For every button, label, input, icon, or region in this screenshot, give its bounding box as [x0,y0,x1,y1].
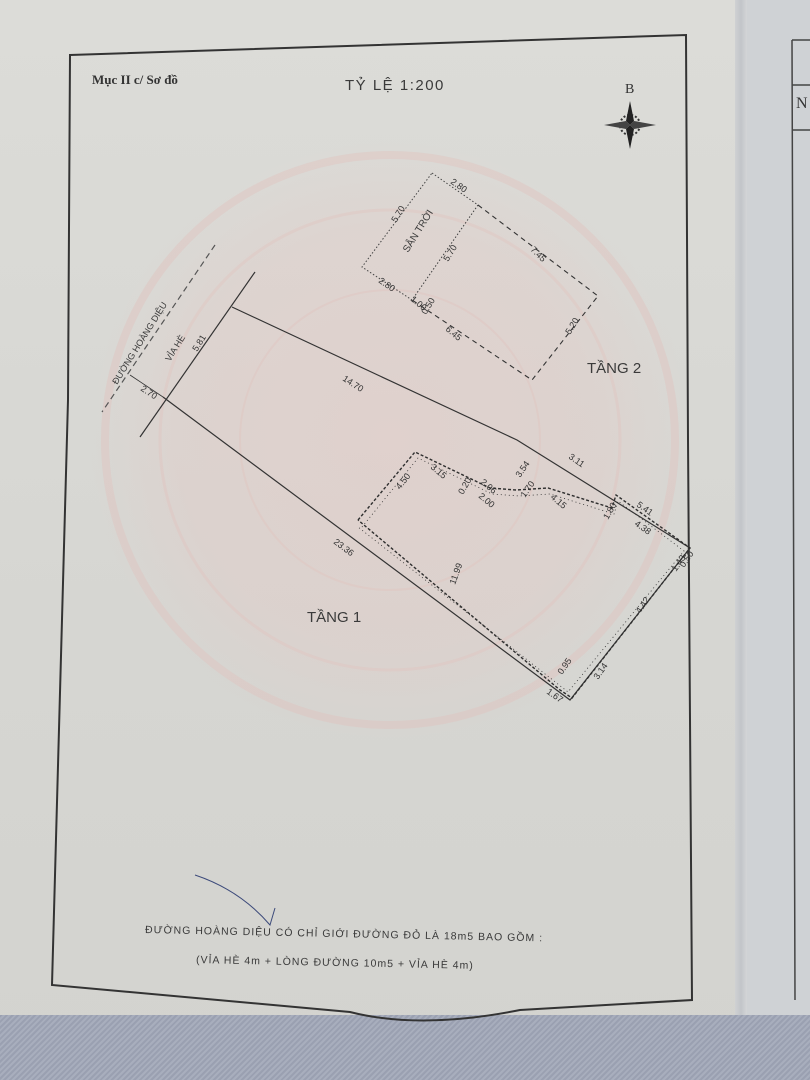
north-label: B [625,82,634,97]
section-label: Mục II c/ Sơ đồ [92,72,178,87]
scale-label: TỶ LỆ 1:200 [345,77,445,94]
document-photo: N Mục II c/ Sơ đồ TỶ LỆ 1:200 B ĐƯỜNG HO… [0,0,810,1080]
footnote-line-2: (VỈA HÈ 4m + LÒNG ĐƯỜNG 10m5 + VỈA HÈ 4m… [196,953,474,972]
floor1-label: TẦNG 1 [307,609,361,626]
survey-diagram: N Mục II c/ Sơ đồ TỶ LỆ 1:200 B ĐƯỜNG HO… [0,0,810,1080]
floor2-label: TẦNG 2 [587,360,641,377]
dim-floor1-tail-b: 1.67 [545,686,565,704]
watermark-seal [90,140,690,740]
footnote-line-1: ĐƯỜNG HOÀNG DIỆU CÓ CHỈ GIỚI ĐƯỜNG ĐỎ LÀ… [145,923,543,944]
pen-mark [195,875,275,925]
dim-floor1-south: 3.14 [591,661,609,681]
right-page-table: N [792,40,810,1000]
north-arrow-icon: B [604,82,656,149]
right-page-letter: N [796,95,808,112]
